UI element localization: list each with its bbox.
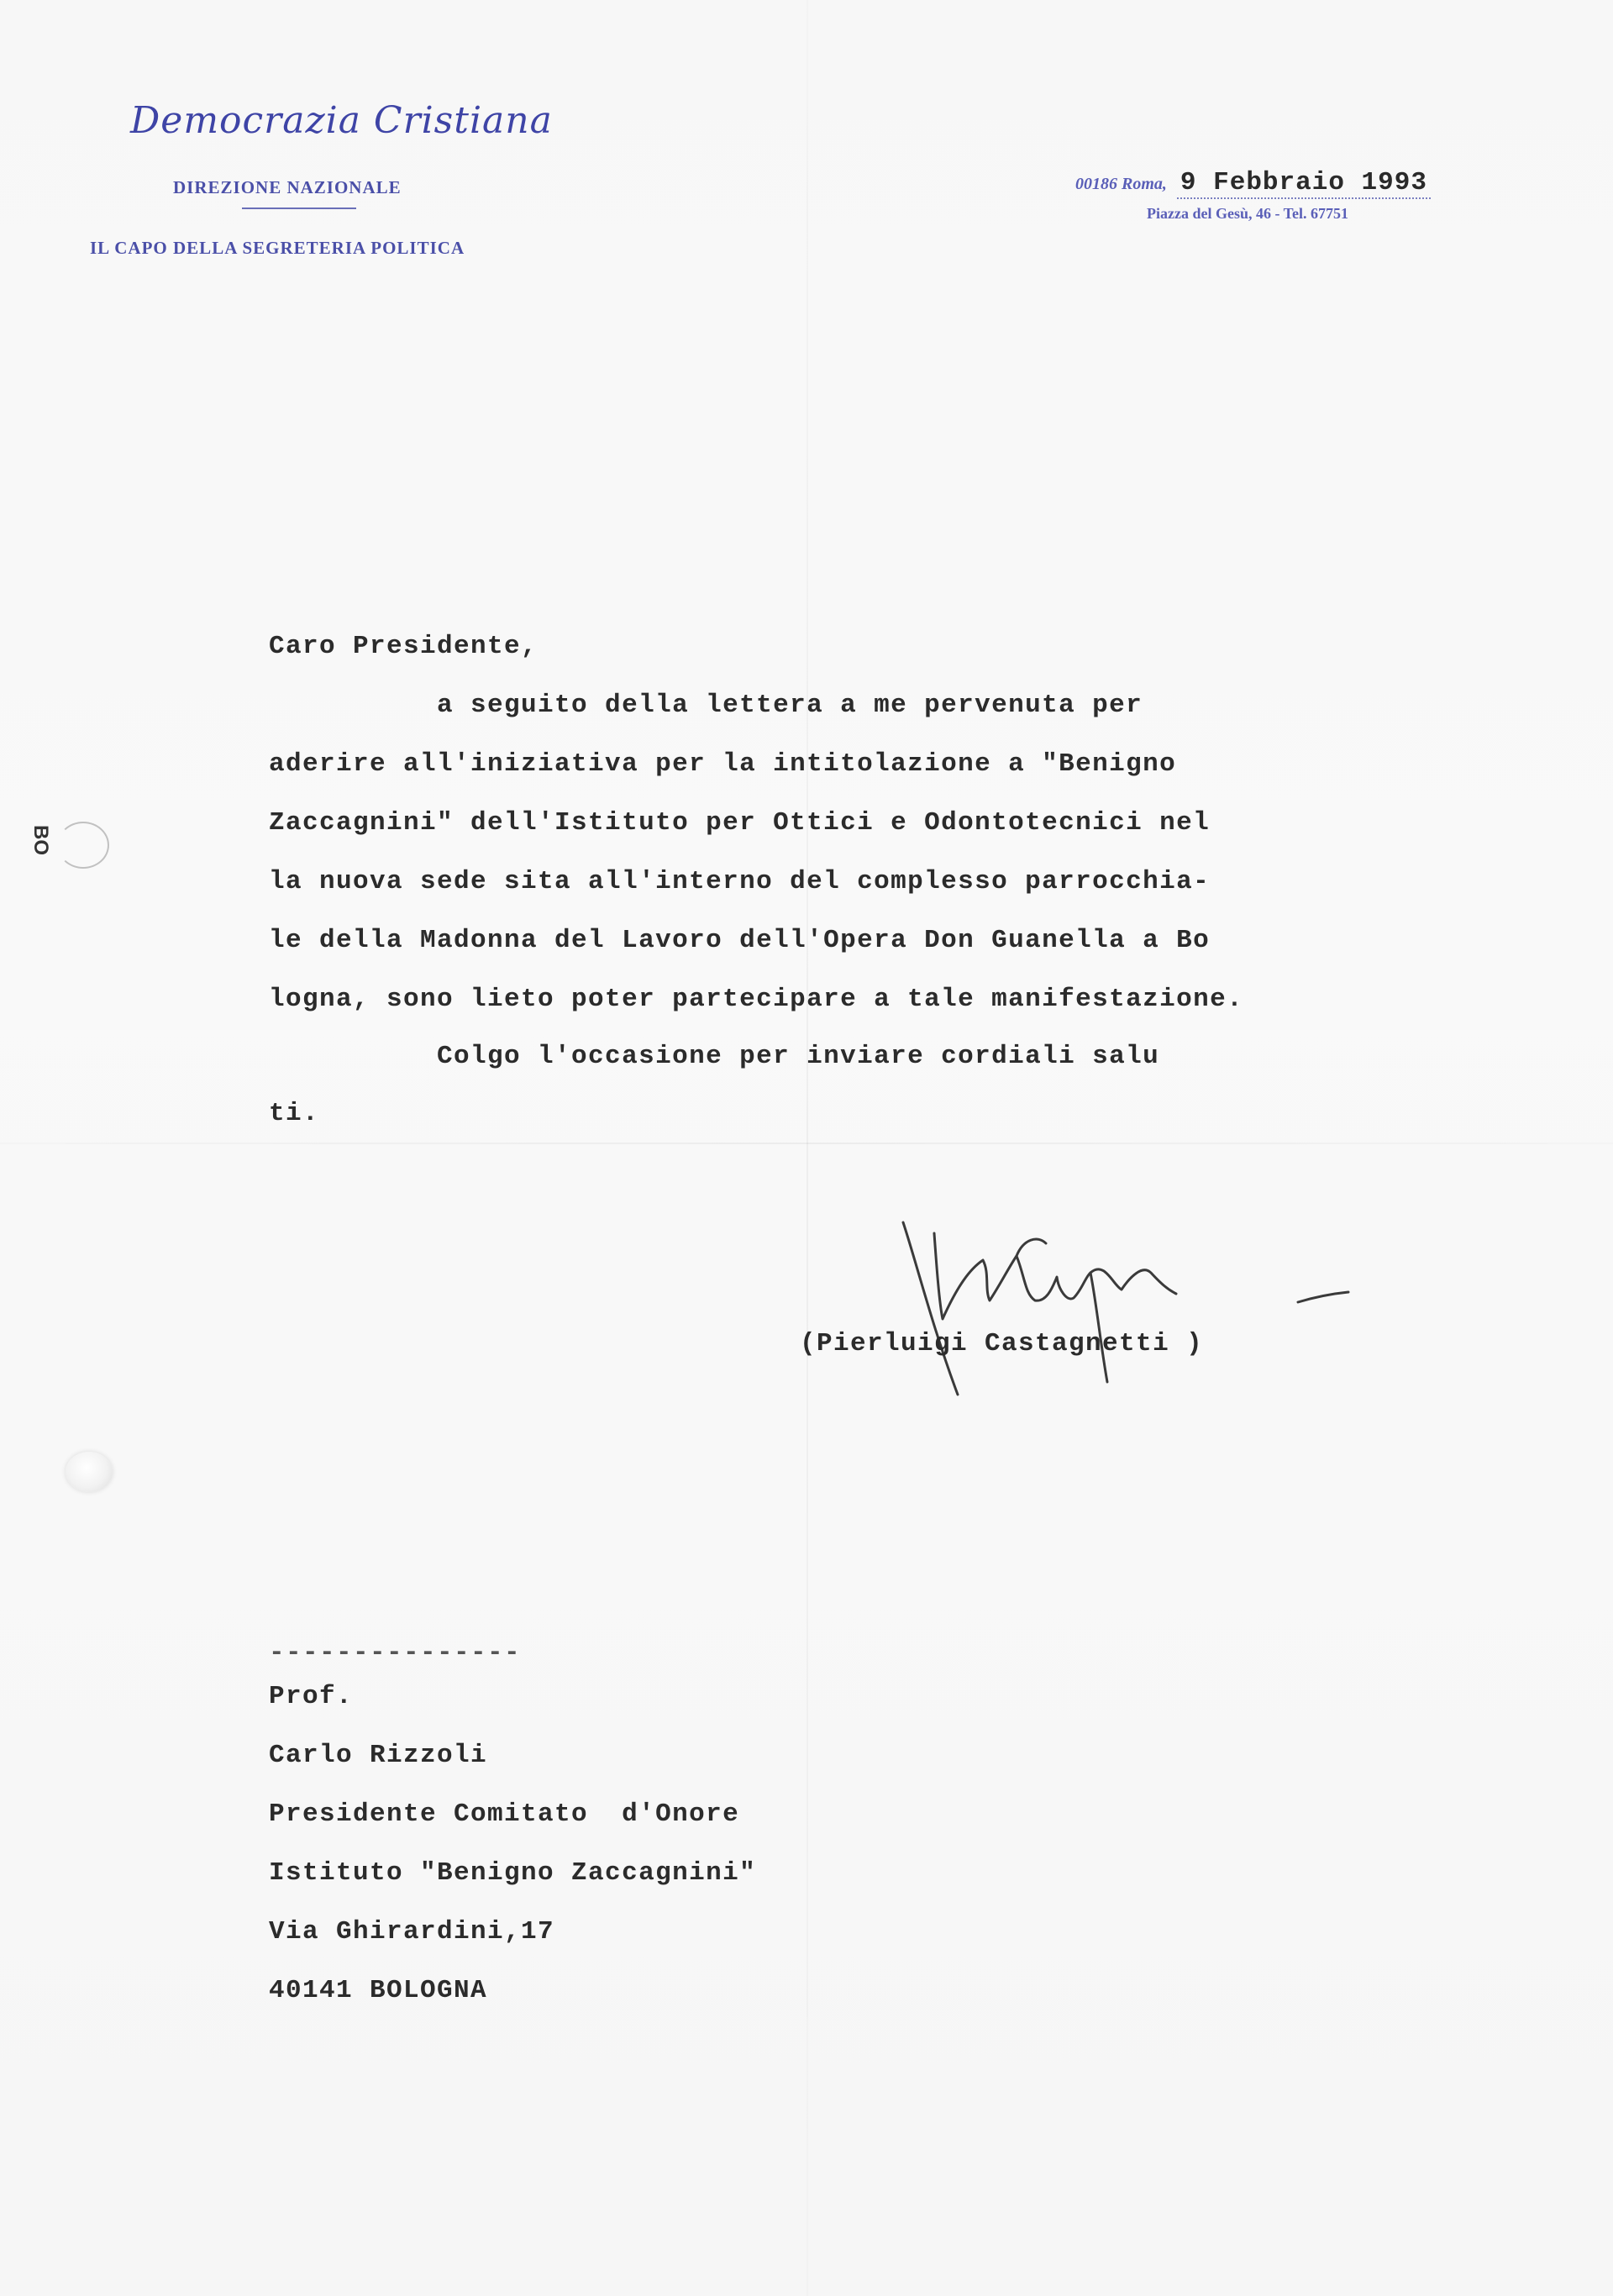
- office-label: IL CAPO DELLA SEGRETERIA POLITICA: [90, 238, 465, 259]
- recipient-line: Presidente Comitato d'Onore: [269, 1799, 739, 1829]
- recipient-line: Carlo Rizzoli: [269, 1741, 487, 1770]
- salutation: Caro Presidente,: [269, 632, 538, 661]
- body-line: le della Madonna del Lavoro dell'Opera D…: [269, 926, 1210, 955]
- body-line: ti.: [269, 1099, 319, 1128]
- letterhead-divider: [242, 208, 356, 209]
- handwritten-signature: [891, 1210, 1395, 1411]
- place-date-line: 00186 Roma, 9 Febbraio 1993: [1075, 168, 1431, 199]
- recipient-line: Prof.: [269, 1682, 353, 1711]
- body-line: Zaccagnini" dell'Istituto per Ottici e O…: [269, 808, 1210, 838]
- recipient-line: Via Ghirardini,17: [269, 1917, 554, 1947]
- margin-note: BO: [29, 825, 52, 855]
- party-logo-text: Democrazia Cristiana: [130, 99, 553, 142]
- department-label: DIREZIONE NAZIONALE: [173, 177, 402, 198]
- paper-fold-vertical: [806, 0, 808, 2296]
- body-line: logna, sono lieto poter partecipare a ta…: [269, 985, 1243, 1014]
- punch-hole: [66, 1452, 113, 1492]
- signatory-name: (Pierluigi Castagnetti ): [800, 1329, 1203, 1358]
- sender-address: Piazza del Gesù, 46 - Tel. 67751: [1147, 205, 1348, 223]
- letter-date: 9 Febbraio 1993: [1177, 168, 1431, 199]
- body-line: a seguito della lettera a me pervenuta p…: [269, 691, 1143, 720]
- place-label: 00186 Roma,: [1075, 175, 1167, 193]
- recipient-line: 40141 BOLOGNA: [269, 1976, 487, 2005]
- body-line: aderire all'iniziativa per la intitolazi…: [269, 749, 1176, 779]
- margin-circle-mark: [57, 822, 109, 869]
- body-line: la nuova sede sita all'interno del compl…: [269, 867, 1210, 896]
- recipient-separator: ---------------: [269, 1638, 521, 1668]
- recipient-line: Istituto "Benigno Zaccagnini": [269, 1858, 756, 1888]
- body-line: Colgo l'occasione per inviare cordiali s…: [269, 1042, 1159, 1071]
- letter-page: Democrazia Cristiana DIREZIONE NAZIONALE…: [0, 0, 1613, 2296]
